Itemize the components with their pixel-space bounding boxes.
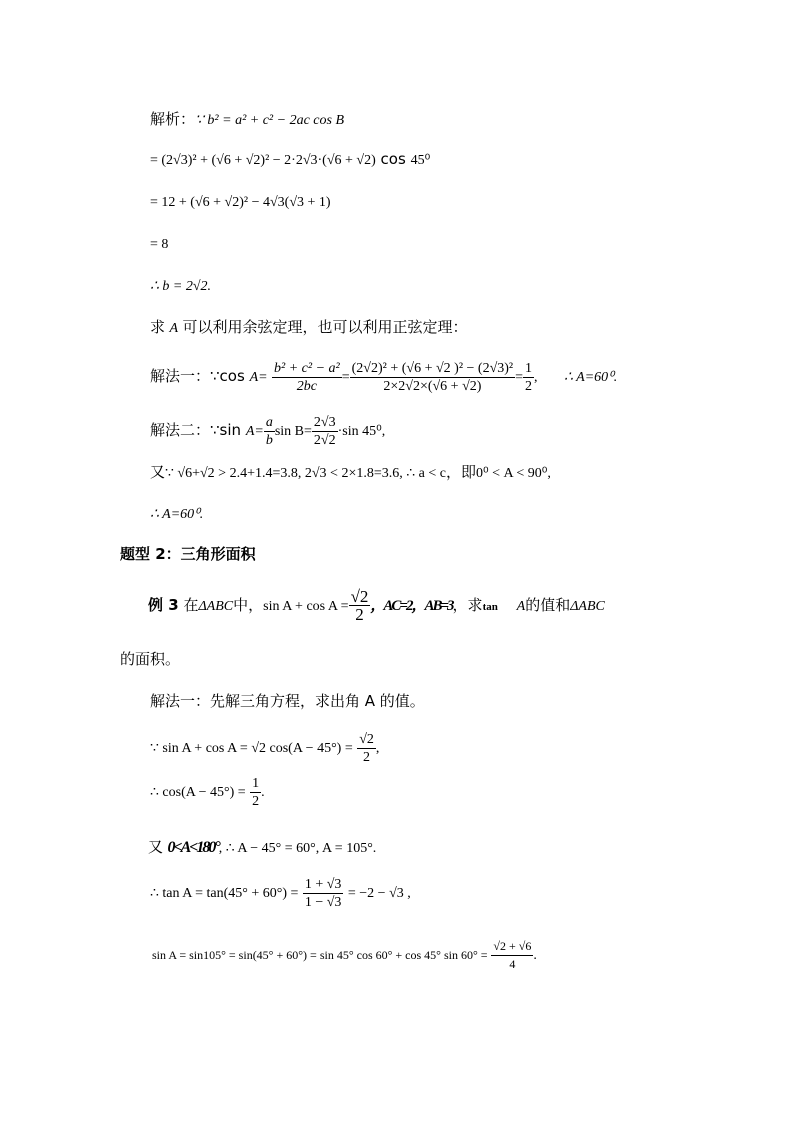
result: ∴ A=60⁰. (564, 370, 617, 385)
text: . (261, 785, 265, 800)
denominator: 2×2√2×(√6 + √2) (350, 378, 516, 395)
method-2-line: 解法二：∵sin A=absin B=2√32√2·sin 45⁰, (150, 410, 385, 452)
analysis-line-5: ∴ b = 2√2. (150, 277, 211, 296)
analysis-line-2: = (2√3)² + (√6 + √2)² − 2·2√3·(√6 + √2) … (150, 150, 430, 170)
fraction: √22 (349, 588, 371, 623)
fraction: (2√2)² + (√6 + √2 )² − (2√3)²2×2√2×(√6 +… (350, 360, 516, 395)
fraction: b² + c² − a²2bc (272, 360, 342, 395)
analysis-line-1: 解析：∵ b² = a² + c² − 2ac cos B (150, 110, 344, 130)
expression: ∴ tan A = tan(45° + 60°) = (150, 886, 298, 901)
expression: = 8 (150, 237, 168, 252)
method-2-label: 解法二： (150, 421, 210, 439)
text: 中， (233, 596, 263, 614)
fraction: 1 + √31 − √3 (303, 876, 344, 911)
expression: ∴ b = 2√2. (150, 279, 211, 294)
method-1-line: 解法一：∵cos A= b² + c² − a²2bc=(2√2)² + (√6… (150, 356, 617, 398)
solution-1-heading: 解法一：先解三角方程，求出角 A 的值。 (150, 692, 425, 710)
cos-label: cos (376, 150, 411, 168)
inequality-expr: ∵ √6+√2 > 2.4+1.4=3.8, 2√3 < 2×1.8=3.6, … (165, 466, 446, 481)
text: , (376, 741, 380, 756)
solution-line-3: 又 0<A<180°, ∴ A − 45° = 60°, A = 105°. (148, 838, 376, 858)
text: 又 (150, 463, 165, 481)
numerator: √2 (349, 588, 371, 606)
text: 可以利用余弦定理，也可以利用正弦定理： (182, 318, 467, 336)
numerator: b² + c² − a² (272, 360, 342, 378)
expression: ∴ cos(A − 45°) = (150, 785, 246, 800)
expression-tail: 45⁰ (411, 153, 431, 168)
text: . (533, 948, 537, 963)
expression: sin A = sin105° = sin(45° + 60°) = sin 4… (152, 948, 488, 962)
also-line: 又∵ √6+√2 > 2.4+1.4=3.8, 2√3 < 2×1.8=3.6,… (150, 463, 551, 483)
conclusion: ∴ A=60⁰. (150, 507, 203, 522)
numerator: 2√3 (312, 414, 338, 432)
text: ，求 (453, 596, 483, 614)
text: ∵cos (210, 367, 250, 385)
example-3-line: 例 3 在ΔABC中，sin A + cos A =√22，AC=2，AB=3，… (148, 585, 605, 627)
numerator: √2 (357, 731, 376, 749)
denominator: 2 (523, 378, 534, 395)
text: ·sin 45⁰, (338, 424, 386, 439)
fraction: √2 + √64 (491, 938, 533, 973)
text: ∵sin (210, 421, 246, 439)
solution-line-5: sin A = sin105° = sin(45° + 60°) = sin 4… (152, 935, 537, 976)
denominator: 4 (491, 956, 533, 973)
numerator: 1 (523, 360, 534, 378)
analysis-line-4: = 8 (150, 235, 168, 254)
text: = (342, 370, 350, 385)
expression: = 12 + (√6 + √2)² − 4√3(√3 + 1) (150, 195, 331, 210)
denominator: 2 (357, 749, 376, 766)
fraction: ab (264, 414, 275, 449)
text: = (515, 370, 523, 385)
variable-A: A (169, 321, 178, 336)
section-title: 题型 2：三角形面积 (120, 545, 256, 563)
text: ，即 (446, 463, 476, 481)
solution-line-1: ∵ sin A + cos A = √2 cos(A − 45°) = √22, (150, 728, 379, 769)
expression: ∵ sin A + cos A = √2 cos(A − 45°) = (150, 741, 353, 756)
numerator: √2 + √6 (491, 938, 533, 956)
analysis-label: 解析： (150, 110, 195, 128)
numerator: (2√2)² + (√6 + √2 )² − (2√3)² (350, 360, 516, 378)
numerator: 1 (250, 775, 261, 793)
text: = −2 − √3 , (348, 886, 411, 901)
garbled-range: 0<A<180° (167, 839, 218, 856)
denominator: b (264, 432, 275, 449)
fraction: 12 (250, 775, 261, 810)
analysis-line-3: = 12 + (√6 + √2)² − 4√3(√3 + 1) (150, 193, 331, 212)
conclusion-line: ∴ A=60⁰. (150, 505, 203, 524)
range-expr: 0⁰ < A < 90⁰, (476, 466, 551, 481)
expression: sin A + cos A = (263, 599, 348, 614)
triangle-name: ΔABC (570, 599, 605, 614)
text: 求 (150, 318, 165, 336)
text: , (534, 370, 538, 385)
numerator: a (264, 414, 275, 432)
find-A-intro: 求 A 可以利用余弦定理，也可以利用正弦定理： (150, 318, 468, 338)
denominator: 1 − √3 (303, 894, 344, 911)
fraction: 12 (523, 360, 534, 395)
text: A= (250, 370, 268, 385)
method-1-label: 解法一： (150, 367, 210, 385)
denominator: 2bc (272, 378, 342, 395)
text: A= (246, 424, 264, 439)
given-values: ，AC=2，AB=3 (370, 598, 452, 614)
example-3-line-2: 的面积。 (120, 650, 180, 668)
triangle-name: ΔABC (198, 599, 233, 614)
solution-line-4: ∴ tan A = tan(45° + 60°) = 1 + √31 − √3 … (150, 873, 411, 914)
text: sin B= (275, 424, 312, 439)
solution-line-2: ∴ cos(A − 45°) = 12. (150, 772, 265, 813)
expression: = (2√3)² + (√6 + √2)² − 2·2√3·(√6 + √2) (150, 153, 376, 168)
law-of-cosines-expr: ∵ b² = a² + c² − 2ac cos B (195, 113, 344, 128)
denominator: 2√2 (312, 432, 338, 449)
text: 在 (183, 596, 198, 614)
denominator: 2 (250, 793, 261, 810)
fraction: 2√32√2 (312, 414, 338, 449)
numerator: 1 + √3 (303, 876, 344, 894)
expression: , ∴ A − 45° = 60°, A = 105°. (219, 841, 377, 856)
denominator: 2 (349, 606, 371, 623)
fraction: √22 (357, 731, 376, 766)
text: 的值和 (525, 596, 570, 614)
garbled-tan: tan (483, 601, 498, 613)
text: 又 (148, 838, 163, 856)
example-label: 例 3 (148, 596, 179, 614)
variable-A: A (517, 599, 526, 614)
